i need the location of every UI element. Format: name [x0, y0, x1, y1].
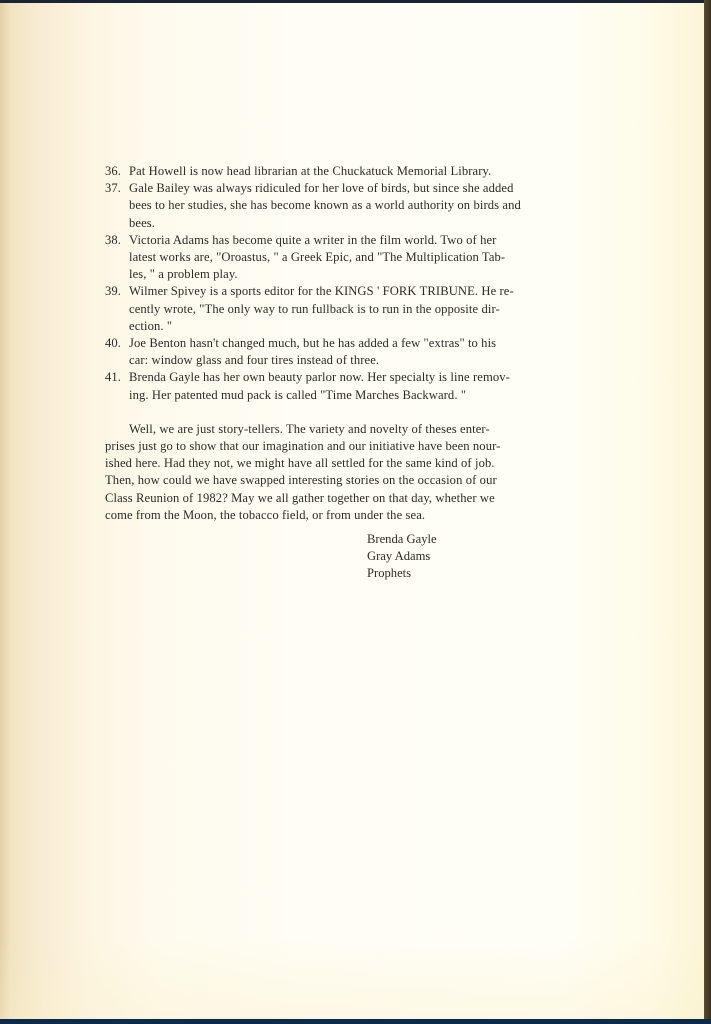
text-line: ing. Her patented mud pack is called "Ti… — [129, 387, 565, 404]
text-line: Brenda Gayle has her own beauty parlor n… — [129, 369, 565, 386]
text-line: Joe Benton hasn't changed much, but he h… — [129, 335, 565, 352]
text-line: Class Reunion of 1982? May we all gather… — [105, 490, 565, 507]
text-line: ection. " — [129, 318, 565, 335]
prophecy-list: 36. Pat Howell is now head librarian at … — [105, 163, 565, 524]
item-number: 37. — [105, 180, 129, 232]
page-edge-right — [704, 0, 711, 1024]
signature-name: Gray Adams — [367, 548, 437, 565]
item-number: 39. — [105, 283, 129, 335]
text-line: bees. — [129, 215, 565, 232]
text-line: car: window glass and four tires instead… — [129, 352, 565, 369]
text-line: Gale Bailey was always ridiculed for her… — [129, 180, 565, 197]
text-line: Wilmer Spivey is a sports editor for the… — [129, 283, 565, 300]
signature-name: Brenda Gayle — [367, 531, 437, 548]
book-page: 36. Pat Howell is now head librarian at … — [0, 3, 704, 1019]
text-line: come from the Moon, the tobacco field, o… — [105, 507, 565, 524]
text-line: Well, we are just story-tellers. The var… — [105, 421, 565, 438]
item-number: 41. — [105, 369, 129, 403]
list-item: 40. Joe Benton hasn't changed much, but … — [105, 335, 565, 369]
item-text: Joe Benton hasn't changed much, but he h… — [129, 335, 565, 369]
text-line: Pat Howell is now head librarian at the … — [129, 163, 565, 180]
list-item: 38. Victoria Adams has become quite a wr… — [105, 232, 565, 284]
signature-block: Brenda Gayle Gray Adams Prophets — [367, 531, 437, 583]
text-line: les, " a problem play. — [129, 266, 565, 283]
text-line: ished here. Had they not, we might have … — [105, 455, 565, 472]
item-number: 36. — [105, 163, 129, 180]
text-line: latest works are, "Oroastus, " a Greek E… — [129, 249, 565, 266]
list-item: 39. Wilmer Spivey is a sports editor for… — [105, 283, 565, 335]
item-number: 40. — [105, 335, 129, 369]
item-text: Wilmer Spivey is a sports editor for the… — [129, 283, 565, 335]
text-line: prises just go to show that our imaginat… — [105, 438, 565, 455]
item-number: 38. — [105, 232, 129, 284]
item-text: Gale Bailey was always ridiculed for her… — [129, 180, 565, 232]
item-text: Pat Howell is now head librarian at the … — [129, 163, 565, 180]
closing-paragraph: Well, we are just story-tellers. The var… — [105, 421, 565, 524]
text-line: bees to her studies, she has become know… — [129, 197, 565, 214]
text-line: Victoria Adams has become quite a writer… — [129, 232, 565, 249]
list-item: 41. Brenda Gayle has her own beauty parl… — [105, 369, 565, 403]
list-item: 37. Gale Bailey was always ridiculed for… — [105, 180, 565, 232]
list-item: 36. Pat Howell is now head librarian at … — [105, 163, 565, 180]
signature-title: Prophets — [367, 565, 437, 582]
page-edge-bottom — [0, 1019, 711, 1024]
text-line: Then, how could we have swapped interest… — [105, 472, 565, 489]
text-line: cently wrote, "The only way to run fullb… — [129, 301, 565, 318]
item-text: Brenda Gayle has her own beauty parlor n… — [129, 369, 565, 403]
item-text: Victoria Adams has become quite a writer… — [129, 232, 565, 284]
